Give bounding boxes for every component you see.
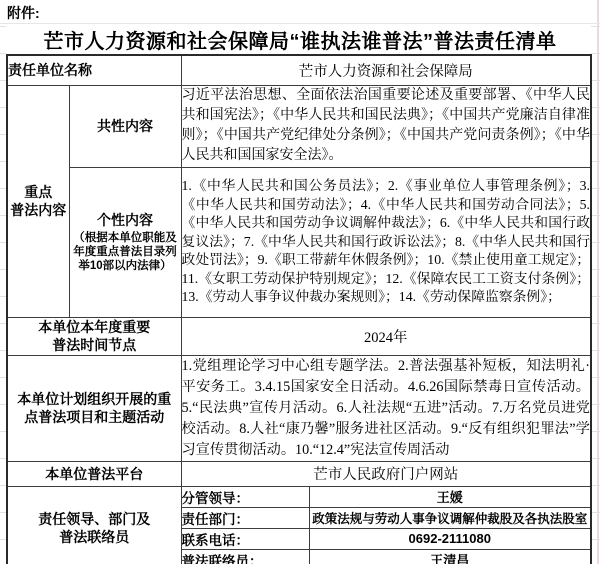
contact-row-label-liaison: 普法联络员： [181, 549, 309, 564]
individual-content-text: 1.《中华人民共和国公务员法》；2.《事业单位人事管理条例》；3.《中华人民共和… [181, 167, 591, 317]
individual-content-label-title: 个性内容 [97, 212, 153, 228]
attachment-label: 附件: [7, 3, 40, 23]
individual-content-label-note: （根据本单位职能及年度重点普法目录列举10部以内法律） [70, 231, 181, 273]
contact-row-value-phone: 0692-2111080 [309, 528, 591, 549]
contact-row-label-phone: 联系电话： [181, 528, 309, 549]
margin-gridline-vertical [597, 0, 599, 564]
timeline-label: 本单位本年度重要 普法时间节点 [7, 317, 181, 355]
platform-value: 芒市人民政府门户网站 [181, 461, 591, 486]
common-content-label: 共性内容 [69, 85, 181, 167]
projects-text: 1.党组理论学习中心组专题学法。2.普法强基补短板，知法明礼·平安务工。3.4.… [181, 355, 591, 461]
key-content-label: 重点 普法内容 [7, 85, 69, 317]
individual-content-label: 个性内容 （根据本单位职能及年度重点普法目录列举10部以内法律） [69, 167, 181, 317]
table-row: 责任单位名称 芒市人力资源和社会保障局 [7, 55, 591, 85]
platform-label: 本单位普法平台 [7, 461, 181, 486]
timeline-value: 2024年 [181, 317, 591, 355]
table-row: 本单位普法平台 芒市人民政府门户网站 [7, 461, 591, 486]
contact-row-value-liaison: 王清昌 [309, 549, 591, 564]
table-row: 本单位计划组织开展的重 点普法项目和主题活动 1.党组理论学习中心组专题学法。2… [7, 355, 591, 461]
contact-row-label-department: 责任部门： [181, 507, 309, 528]
common-content-text: 习近平法治思想、全面依法治国重要论述及重要部署、《中华人民共和国宪法》；《中华人… [181, 85, 591, 167]
margin-gridline-horizontal [0, 23, 600, 24]
document-page: 附件: 芒市人力资源和社会保障局“谁执法谁普法”普法责任清单 责任单位名称 芒市… [0, 0, 600, 564]
unit-name-label: 责任单位名称 [7, 55, 181, 85]
table-row: 本单位本年度重要 普法时间节点 2024年 [7, 317, 591, 355]
table-row: 重点 普法内容 共性内容 习近平法治思想、全面依法治国重要论述及重要部署、《中华… [7, 85, 591, 167]
contact-row-value-leader: 王媛 [309, 486, 591, 507]
unit-name-value: 芒市人力资源和社会保障局 [181, 55, 591, 85]
page-title: 芒市人力资源和社会保障局“谁执法谁普法”普法责任清单 [0, 25, 600, 54]
projects-label: 本单位计划组织开展的重 点普法项目和主题活动 [7, 355, 181, 461]
contact-row-value-department: 政策法规与劳动人事争议调解仲裁股及各执法股室 [309, 507, 591, 528]
table-row: 责任领导、部门及 普法联络员 分管领导： 王媛 [7, 486, 591, 507]
responsibility-table: 责任单位名称 芒市人力资源和社会保障局 重点 普法内容 共性内容 习近平法治思想… [6, 54, 592, 564]
contacts-label: 责任领导、部门及 普法联络员 [7, 486, 181, 564]
contact-row-label-leader: 分管领导： [181, 486, 309, 507]
table-row: 个性内容 （根据本单位职能及年度重点普法目录列举10部以内法律） 1.《中华人民… [7, 167, 591, 317]
